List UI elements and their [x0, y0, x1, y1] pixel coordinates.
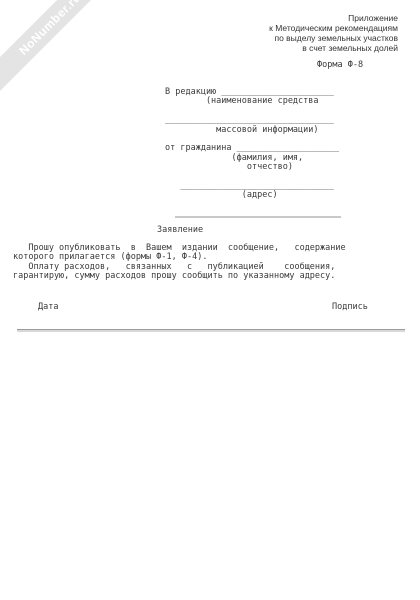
form-number-label: Форма Ф-8 [317, 61, 363, 70]
watermark: NoNumber.ru [0, 0, 112, 92]
date-label: Дата [38, 302, 58, 312]
appendix-header-line: по выделу земельных участков [269, 33, 398, 43]
application-body-text: Прошу опубликовать в Вашем издании сообщ… [13, 244, 346, 281]
application-title: Заявление [157, 226, 203, 235]
separator-line [175, 216, 341, 218]
watermark-ribbon: NoNumber.ru [0, 0, 112, 92]
appendix-header-line: в счет земельных долей [269, 43, 398, 53]
bottom-horizontal-rule [17, 329, 405, 332]
watermark-text: NoNumber.ru [16, 0, 84, 58]
recipient-address-block: В редакцию ______________________ (наиме… [165, 88, 339, 201]
appendix-header: Приложение к Методическим рекомендациям … [269, 13, 398, 53]
signature-label: Подпись [332, 302, 368, 312]
appendix-header-line: к Методическим рекомендациям [269, 23, 398, 33]
document-page: NoNumber.ru Приложение к Методическим ре… [0, 0, 420, 600]
appendix-header-line: Приложение [269, 13, 398, 23]
